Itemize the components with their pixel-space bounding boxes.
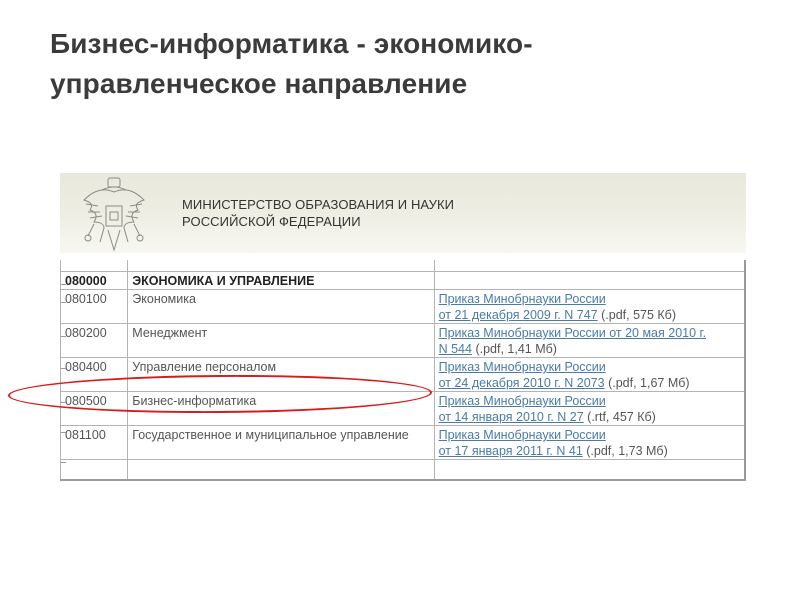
order-cell: Приказ Минобрнауки Россииот 17 января 20… [434, 426, 745, 460]
coat-of-arms-icon [80, 176, 148, 252]
specialties-table: 080000 ЭКОНОМИКА И УПРАВЛЕНИЕ 080100 Эко… [60, 260, 746, 481]
specialty-code: 080100 [61, 290, 128, 324]
order-cell: Приказ Минобрнауки Россииот 21 декабря 2… [434, 290, 745, 324]
ministry-name-line-1: МИНИСТЕРСТВО ОБРАЗОВАНИЯ И НАУКИ [182, 196, 454, 213]
ministry-name: МИНИСТЕРСТВО ОБРАЗОВАНИЯ И НАУКИ РОССИЙС… [182, 196, 454, 230]
table-spacer-row [61, 260, 746, 272]
order-link[interactable]: Приказ Минобрнауки Россииот 21 декабря 2… [439, 292, 606, 322]
group-code: 080000 [61, 272, 128, 290]
table-group-row: 080000 ЭКОНОМИКА И УПРАВЛЕНИЕ [61, 272, 746, 290]
ministry-name-line-2: РОССИЙСКОЙ ФЕДЕРАЦИИ [182, 213, 454, 230]
order-cell: Приказ Минобрнауки Россииот 14 января 20… [434, 392, 745, 426]
file-info: (.pdf, 1,73 Мб) [583, 444, 668, 458]
file-info: (.rtf, 457 Кб) [584, 410, 656, 424]
specialty-name: Менеджмент [128, 324, 434, 358]
file-info: (.pdf, 1,67 Мб) [605, 376, 690, 390]
order-cell: Приказ Минобрнауки Россииот 24 декабря 2… [434, 358, 745, 392]
order-link[interactable]: Приказ Минобрнауки Россииот 24 декабря 2… [439, 360, 606, 390]
order-link[interactable]: Приказ Минобрнауки Россииот 17 января 20… [439, 428, 606, 458]
table-row: 081100 Государственное и муниципальное у… [61, 426, 746, 460]
file-info: (.pdf, 575 Кб) [598, 308, 676, 322]
ministry-header-banner: МИНИСТЕРСТВО ОБРАЗОВАНИЯ И НАУКИ РОССИЙС… [60, 173, 746, 253]
group-name: ЭКОНОМИКА И УПРАВЛЕНИЕ [128, 272, 434, 290]
slide-title: Бизнес-информатика - экономико-управленч… [50, 24, 710, 104]
specialty-name: Государственное и муниципальное управлен… [128, 426, 434, 460]
table-row: 080200 Менеджмент Приказ Минобрнауки Рос… [61, 324, 746, 358]
specialty-code: 080200 [61, 324, 128, 358]
table-row: 080100 Экономика Приказ Минобрнауки Росс… [61, 290, 746, 324]
order-link[interactable]: Приказ Минобрнауки Россииот 14 января 20… [439, 394, 606, 424]
order-cell: Приказ Минобрнауки России от 20 мая 2010… [434, 324, 745, 358]
table-empty-row [61, 460, 746, 481]
ministry-document-screenshot: МИНИСТЕРСТВО ОБРАЗОВАНИЯ И НАУКИ РОССИЙС… [60, 173, 746, 463]
specialty-name: Экономика [128, 290, 434, 324]
specialty-code: 081100 [61, 426, 128, 460]
file-info: (.pdf, 1,41 Мб) [472, 342, 557, 356]
